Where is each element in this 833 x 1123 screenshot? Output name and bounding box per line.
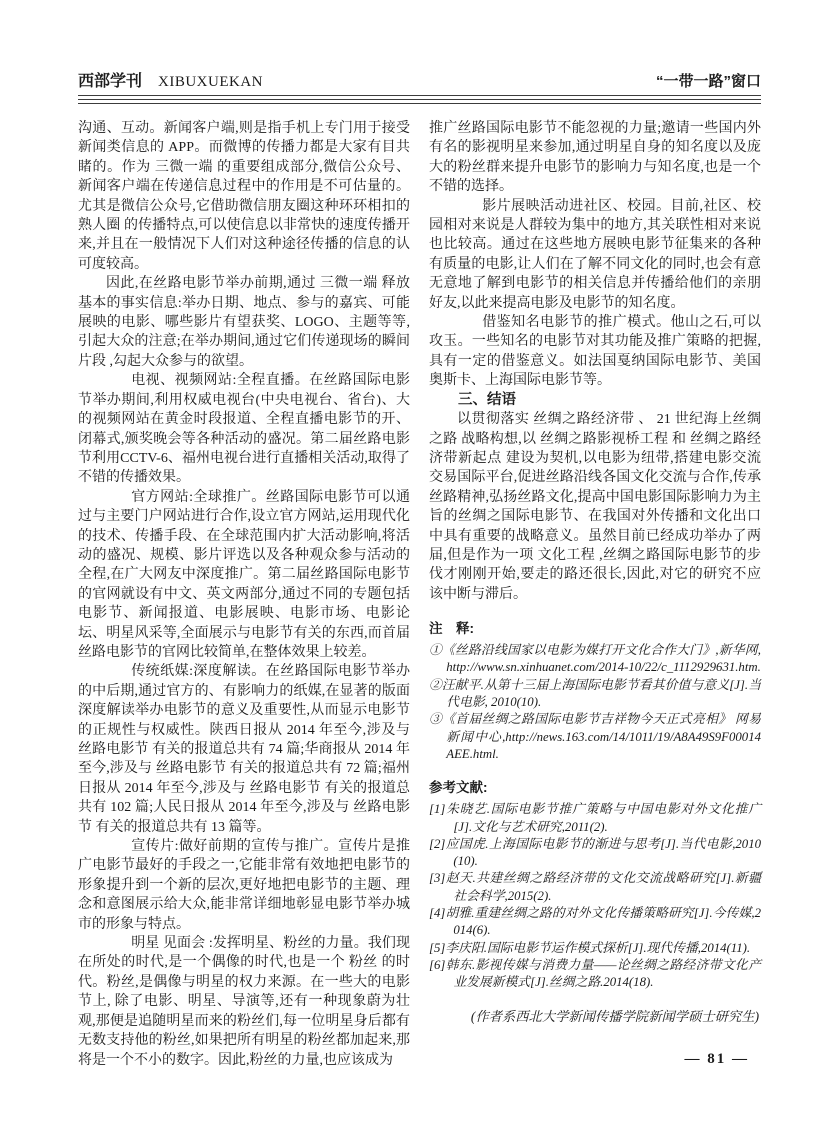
- note-item: ③《首届丝绸之路国际电影节吉祥物今天正式亮相》 网易新闻中心,http://ne…: [429, 711, 761, 763]
- section-label: “一带一路”窗口: [656, 70, 761, 91]
- page-number: — 81 —: [429, 1050, 761, 1069]
- body-paragraph: 明星 见面会 :发挥明星、粉丝的力量。我们现在所处的时代,是一个偶像的时代,也是…: [78, 934, 410, 1070]
- reference-item: [6]韩东.影视传媒与消费力量——论丝绸之路经济带文化产业发展新模式[J].丝绸…: [429, 957, 761, 992]
- reference-item: [5]李庆阳.国际电影节运作模式探析[J].现代传播,2014(11).: [429, 940, 761, 957]
- conclusion-paragraph: 以贯彻落实 丝绸之路经济带 、 21 世纪海上丝绸之路 战略构想,以 丝绸之路影…: [429, 410, 761, 604]
- journal-header: 西部学刊XIBUXUEKAN “一带一路”窗口: [78, 68, 761, 104]
- body-paragraph: 传统纸媒:深度解读。在丝路国际电影节举办的中后期,通过官方的、有影响力的纸媒,在…: [78, 662, 410, 837]
- reference-item: [1]朱晓艺.国际电影节推广策略与中国电影对外文化推广[J].文化与艺术研究,2…: [429, 801, 761, 836]
- right-paragraphs: 推广丝路国际电影节不能忽视的力量;邀请一些国内外有名的影视明星来参加,通过明星自…: [429, 119, 761, 391]
- references-list: [1]朱晓艺.国际电影节推广策略与中国电影对外文化推广[J].文化与艺术研究,2…: [429, 801, 761, 991]
- article-body: 沟通、互动。新闻客户端,则是指手机上专门用于接受新闻类信息的 APP。而微博的传…: [78, 119, 761, 1070]
- body-paragraph: 借鉴知名电影节的推广模式。他山之石,可以攻玉。一些知名的电影节对其功能及推广策略…: [429, 313, 761, 391]
- reference-item: [4]胡雅.重建丝绸之路的对外文化传播策略研究[J].今传媒,2014(6).: [429, 905, 761, 940]
- journal-title: 西部学刊: [78, 73, 142, 90]
- notes-list: ①《丝路沿线国家以电影为媒打开文化合作大门》,新华网,http://www.sn…: [429, 642, 761, 763]
- note-item: ①《丝路沿线国家以电影为媒打开文化合作大门》,新华网,http://www.sn…: [429, 642, 761, 677]
- reference-item: [3]赵天.共建丝绸之路经济带的文化交流战略研究[J].新疆社会科学,2015(…: [429, 870, 761, 905]
- body-paragraph: 官方网站:全球推广。丝路国际电影节可以通过与主要门户网站进行合作,设立官方网站,…: [78, 488, 410, 663]
- reference-item: [2]应国虎.上海国际电影节的渐进与思考[J].当代电影,2010(10).: [429, 836, 761, 871]
- notes-heading: 注 释:: [429, 620, 761, 637]
- header-left: 西部学刊XIBUXUEKAN: [78, 68, 263, 91]
- references-heading: 参考文献:: [429, 779, 761, 796]
- conclusion-heading: 三、结语: [429, 391, 761, 410]
- right-column: 推广丝路国际电影节不能忽视的力量;邀请一些国内外有名的影视明星来参加,通过明星自…: [429, 119, 761, 1070]
- body-paragraph: 宣传片:做好前期的宣传与推广。宣传片是推广电影节最好的手段之一,它能非常有效地把…: [78, 837, 410, 934]
- journal-page: 西部学刊XIBUXUEKAN “一带一路”窗口 沟通、互动。新闻客户端,则是指手…: [0, 0, 833, 1123]
- journal-title-pinyin: XIBUXUEKAN: [158, 74, 263, 90]
- body-paragraph: 沟通、互动。新闻客户端,则是指手机上专门用于接受新闻类信息的 APP。而微博的传…: [78, 119, 410, 274]
- body-paragraph: 影片展映活动进社区、校园。目前,社区、校园相对来说是人群较为集中的地方,其关联性…: [429, 197, 761, 313]
- header-row: 西部学刊XIBUXUEKAN “一带一路”窗口: [78, 68, 761, 96]
- body-paragraph: 推广丝路国际电影节不能忽视的力量;邀请一些国内外有名的影视明星来参加,通过明星自…: [429, 119, 761, 197]
- author-note: (作者系西北大学新闻传播学院新闻学硕士研究生): [429, 1008, 761, 1026]
- body-paragraph: 电视、视频网站:全程直播。在丝路国际电影节举办期间,利用权威电视台(中央电视台、…: [78, 371, 410, 487]
- note-item: ②汪献平.从第十三届上海国际电影节看其价值与意义[J].当代电影, 2010(1…: [429, 677, 761, 712]
- left-column: 沟通、互动。新闻客户端,则是指手机上专门用于接受新闻类信息的 APP。而微博的传…: [78, 119, 410, 1070]
- header-double-rule: [78, 99, 761, 104]
- body-paragraph: 因此,在丝路电影节举办前期,通过 三微一端 释放基本的事实信息:举办日期、地点、…: [78, 274, 410, 371]
